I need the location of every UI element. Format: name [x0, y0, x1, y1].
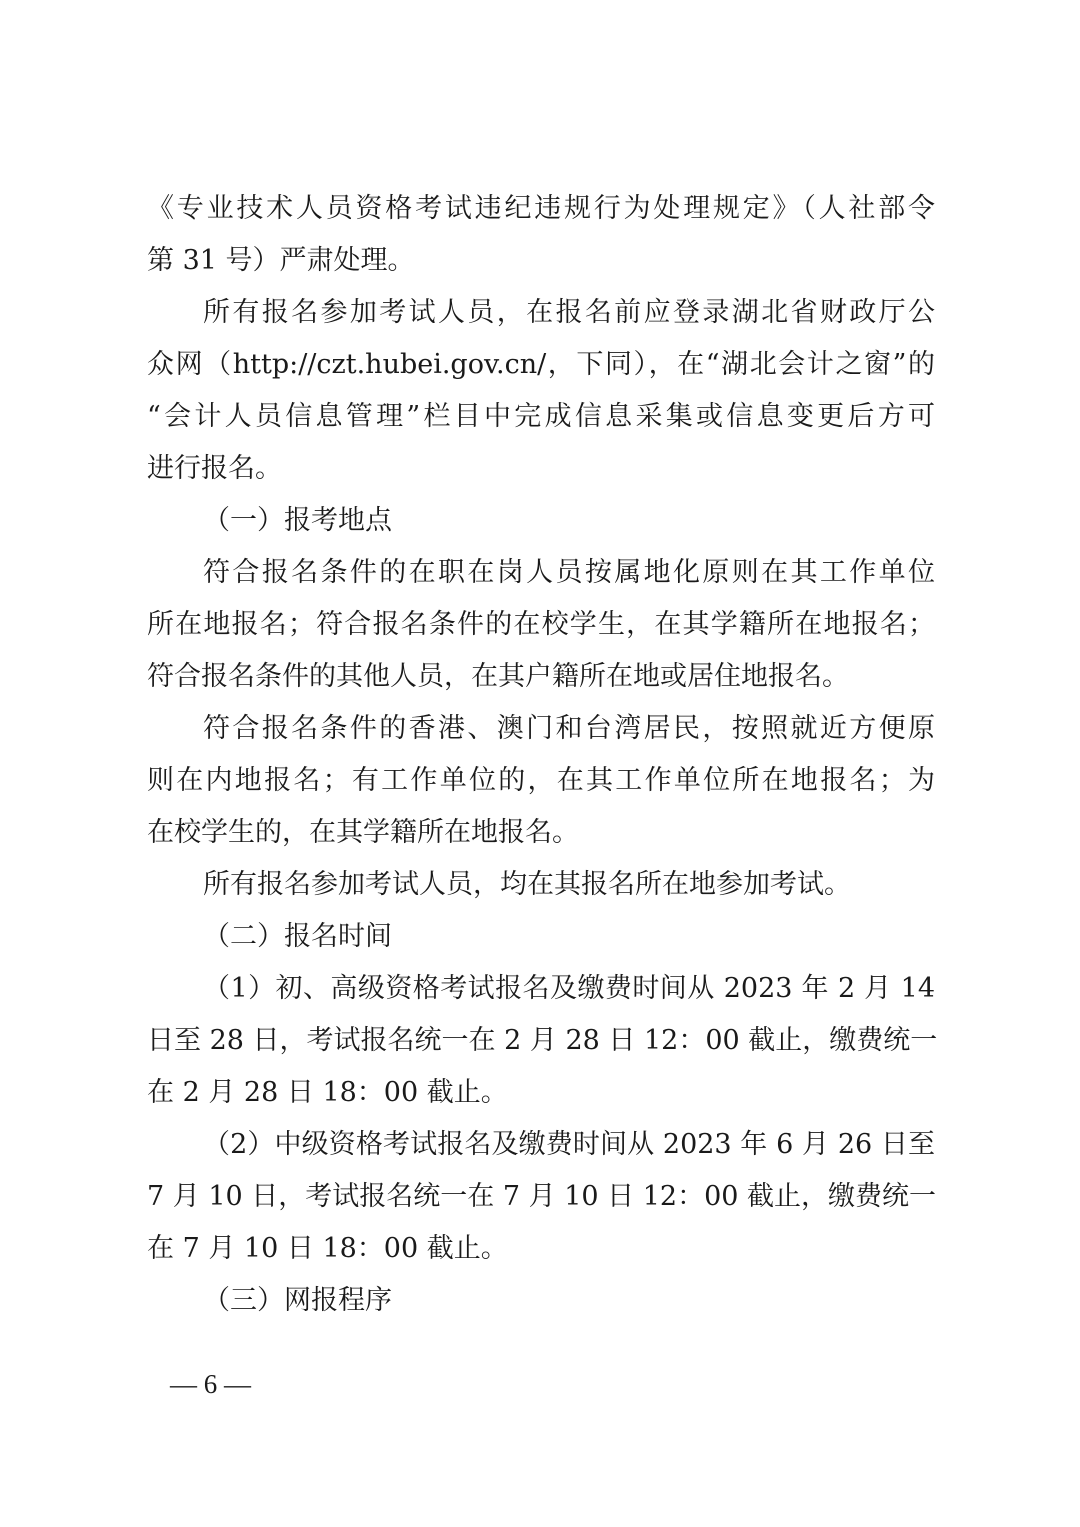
- paragraph-registration-login: 所有报名参加考试人员，在报名前应登录湖北省财政厅公: [203, 293, 935, 333]
- text-line-12: 则在内地报名；有工作单位的，在其工作单位所在地报名；为: [147, 761, 935, 801]
- text-line-18: 在 2 月 28 日 18：00 截止。: [147, 1073, 935, 1113]
- text-line-17: 日至 28 日，考试报名统一在 2 月 28 日 12：00 截止，缴费统一: [147, 1021, 935, 1061]
- text-line-9: 所在地报名；符合报名条件的在校学生，在其学籍所在地报名；: [147, 605, 935, 645]
- text-line-url: 众网（http://czt.hubei.gov.cn/，下同），在“湖北会计之窗…: [147, 345, 935, 385]
- text-line-21: 在 7 月 10 日 18：00 截止。: [147, 1229, 935, 1269]
- text-line-20: 7 月 10 日，考试报名统一在 7 月 10 日 12：00 截止，缴费统一: [147, 1177, 935, 1217]
- paragraph-junior-senior-dates: （1）初、高级资格考试报名及缴费时间从 2023 年 2 月 14: [203, 969, 935, 1009]
- document-page: 《专业技术人员资格考试违纪违规行为处理规定》（人社部令 第 31 号）严肃处理。…: [0, 0, 1080, 1527]
- text-line-6: 进行报名。: [147, 449, 935, 489]
- paragraph-location-rules: 符合报名条件的在职在岗人员按属地化原则在其工作单位: [203, 553, 935, 593]
- text-line-2: 第 31 号）严肃处理。: [147, 241, 935, 281]
- text-line-1: 《专业技术人员资格考试违纪违规行为处理规定》（人社部令: [147, 189, 935, 229]
- text-line-13: 在校学生的，在其学籍所在地报名。: [147, 813, 935, 853]
- text-line-10: 符合报名条件的其他人员，在其户籍所在地或居住地报名。: [147, 657, 935, 697]
- paragraph-hk-macao-taiwan: 符合报名条件的香港、澳门和台湾居民，按照就近方便原: [203, 709, 935, 749]
- page-number: — 6 —: [170, 1364, 251, 1404]
- paragraph-exam-at-registration-site: 所有报名参加考试人员，均在其报名所在地参加考试。: [203, 865, 935, 905]
- paragraph-intermediate-dates: （2）中级资格考试报名及缴费时间从 2023 年 6 月 26 日至: [203, 1125, 935, 1165]
- text-line-5: “会计人员信息管理”栏目中完成信息采集或信息变更后方可: [147, 397, 935, 437]
- section-heading-registration-time: （二）报名时间: [203, 917, 392, 957]
- section-heading-exam-location: （一）报考地点: [203, 501, 392, 541]
- section-heading-online-procedure: （三）网报程序: [203, 1281, 392, 1321]
